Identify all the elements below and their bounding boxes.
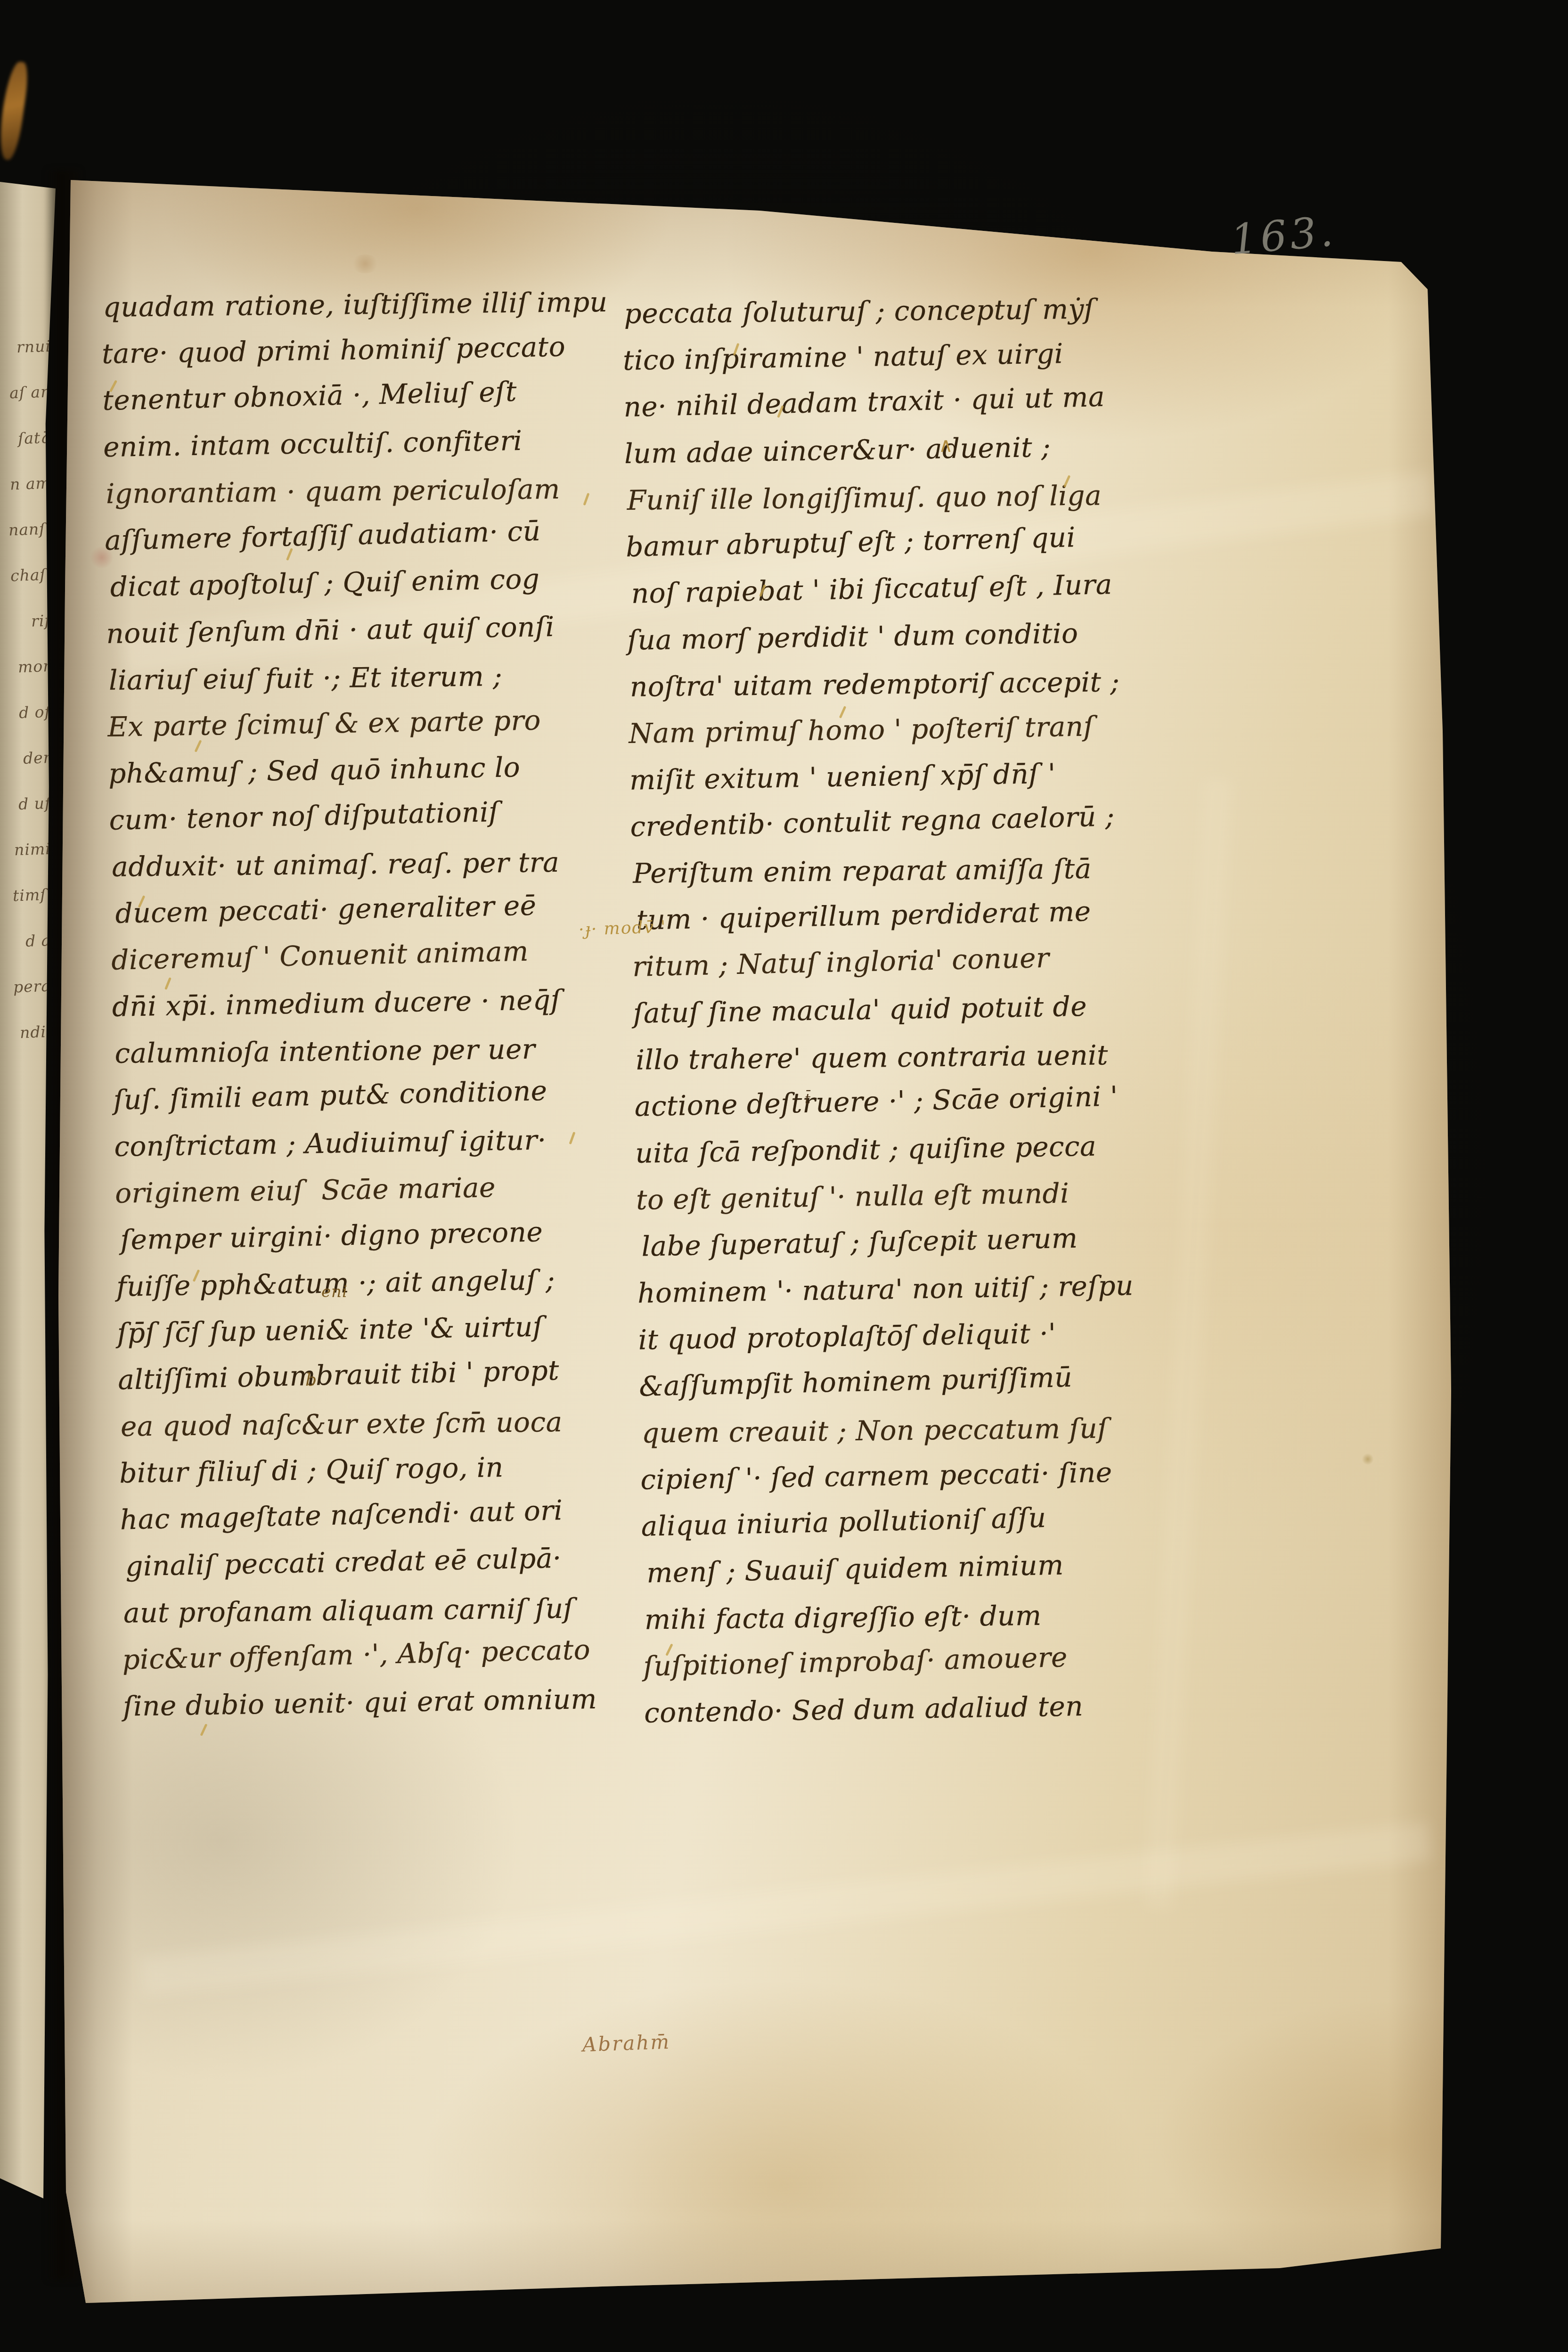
manuscript-line: ſine dubio uenit· qui erat omnium — [123, 1682, 628, 1737]
manuscript-line: peccata ſoluturuſ ; conceptuſ mẏſ — [624, 292, 1180, 344]
manuscript-line: fuiſſe pph&atum ·; ait angeluſ ; — [116, 1263, 621, 1317]
bottom-edge-shade — [53, 2220, 1454, 2314]
manuscript-line: noſ rapiebat ' ibi ſiccatuſ eſt , Iura — [631, 567, 1188, 624]
manuscript-line: dicat apoſtoluſ ; Quiſ enim cog — [110, 561, 615, 618]
manuscript-line: ea quod naſc&ur exte ſcm̄ uoca — [121, 1405, 625, 1457]
manuscript-line: menſ ; Suauiſ quidem nimium — [646, 1546, 1203, 1604]
interlinear-addition: t̄ — [805, 1091, 811, 1108]
manuscript-line: quem creauit ; Non peccatum ſuſ — [642, 1411, 1198, 1463]
page-edge-text-fragment: nanſ· — [8, 519, 51, 539]
photo-background: { "manuscript": { "folio_number": "163."… — [0, 0, 1568, 2352]
manuscript-line: quadam ratione, iuſtiſſime illiſ impu — [103, 286, 607, 338]
caret-mark: ∧ — [939, 433, 953, 457]
interlinear-addition: eni — [321, 1282, 348, 1301]
parchment-crease — [139, 1822, 1431, 1995]
manuscript-line: ſemper uirgini· digno precone — [120, 1214, 625, 1271]
manuscript-line: hominem '· natura' non uitiſ ; reſpu — [637, 1268, 1194, 1324]
manuscript-line: lum adae uincer&ur· aduenit ; — [624, 429, 1181, 484]
manuscript-line: ſatuſ ſine macula' quid potuit de — [633, 988, 1189, 1044]
manuscript-line: nouit ſenſum dn̄i · aut quiſ conſi — [106, 610, 611, 664]
manuscript-line: Ex parte ſcimuſ & ex parte pro — [107, 703, 612, 758]
pen-trial-inscription: Abrahm̄ — [582, 2030, 671, 2057]
interlinear-addition: b — [305, 1369, 317, 1390]
manuscript-line: Nam primuſ homo ' poſteriſ tranſ — [629, 709, 1185, 764]
marginal-gloss: ·ɟ· modv̄ ' — [578, 917, 667, 939]
text-column-right: peccata ſoluturuſ ; conceptuſ mẏſtico in… — [622, 289, 1200, 1743]
manuscript-line: ginaliſ peccati credat eē culpā· — [125, 1541, 630, 1597]
folio-number: 163. — [1229, 206, 1338, 264]
manuscript-line: noſtra' uitam redemptoriſ accepit ; — [630, 665, 1186, 718]
right-edge-shade — [1388, 166, 1454, 2314]
manuscript-line: uita ſcā reſpondit ; quiſine pecca — [635, 1128, 1192, 1184]
manuscript-line: liariuſ eiuſ fuit ·; Et iterum ; — [109, 659, 613, 711]
text-column-left: quadam ratione, iuſtiſſime illiſ imputar… — [101, 283, 628, 1737]
manuscript-line: dn̄i xp̄i. inmedium ducere · neq̄ſ — [112, 983, 616, 1037]
manuscript-line: enim. intam occultiſ. confiteri — [103, 423, 608, 478]
manuscript-line: ſua morſ perdidit ' dum conditio — [627, 615, 1184, 671]
manuscript-line: contendo· Sed dum adaliud ten — [644, 1688, 1200, 1744]
binding-sliver — [0, 60, 30, 161]
manuscript-line: labe ſuperatuſ ; ſuſcepit uerum — [641, 1220, 1198, 1277]
manuscript-line: conſtrictam ; Audiuimuſ igitur· — [114, 1123, 619, 1177]
